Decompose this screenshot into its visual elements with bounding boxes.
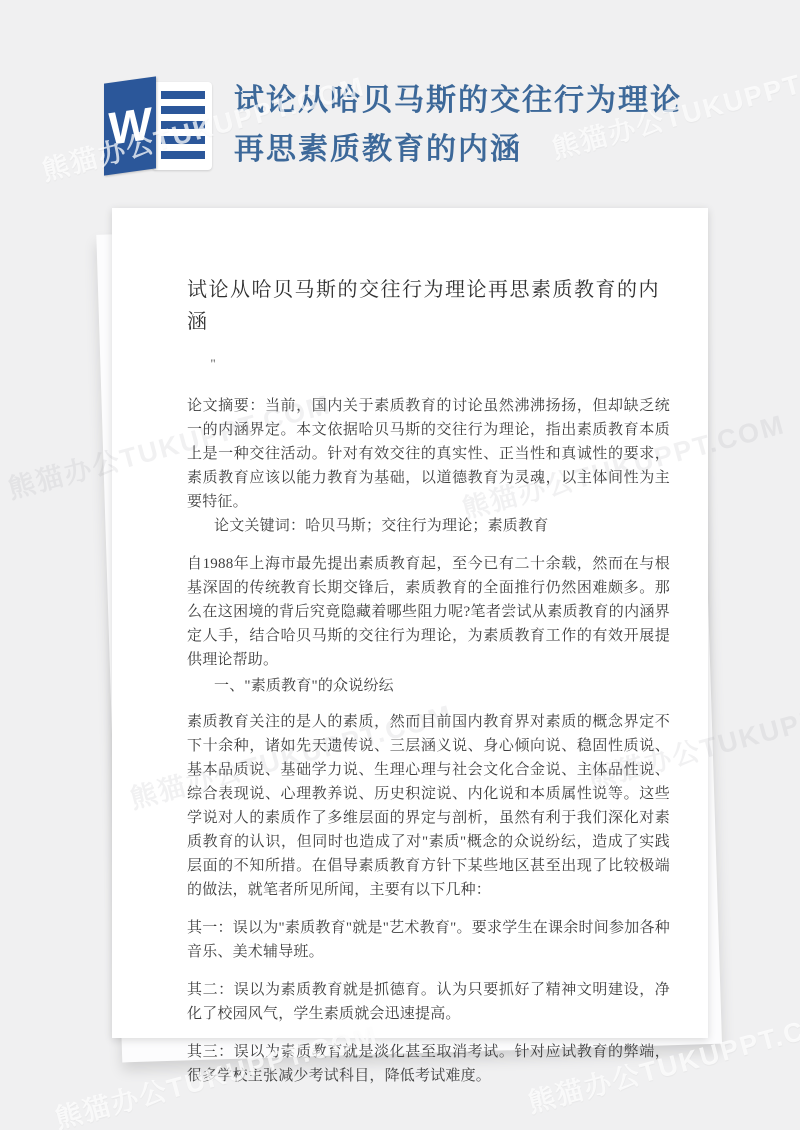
- document-page: 试论从哈贝马斯的交往行为理论再思素质教育的内涵 " 论文摘要：当前，国内关于素质…: [112, 208, 708, 1038]
- word-document-sheet: [152, 82, 212, 170]
- paragraph-item-3: 其三：误以为素质教育就是淡化甚至取消考试。针对应试教育的弊端，很多学校主张减少考…: [187, 1040, 670, 1088]
- word-text-lines: [161, 91, 205, 161]
- word-letter: W: [108, 100, 151, 152]
- paragraph-item-2: 其二：误以为素质教育就是抓德育。认为只要抓好了精神文明建设，净化了校园风气，学生…: [187, 978, 670, 1026]
- quote-mark: ": [187, 354, 670, 374]
- word-blue-panel: W: [104, 76, 156, 175]
- word-file-icon: W: [104, 72, 214, 178]
- paragraph-intro: 自1988年上海市最先提出素质教育起，至今已有二十余载，然而在与根基深固的传统教…: [187, 552, 670, 672]
- paragraph-item-1: 其一：误以为"素质教育"就是"艺术教育"。要求学生在课余时间参加各种音乐、美术辅…: [187, 916, 670, 964]
- paragraph-abstract: 论文摘要：当前，国内关于素质教育的讨论虽然沸沸扬扬，但却缺乏统一的内涵界定。本文…: [187, 394, 670, 514]
- paragraph-main: 素质教育关注的是人的素质，然而目前国内教育界对素质的概念界定不下十余种，诸如先天…: [187, 710, 670, 902]
- paragraph-keywords: 论文关键词：哈贝马斯；交往行为理论；素质教育: [187, 514, 670, 538]
- page-title: 试论从哈贝马斯的交往行为理论再思素质教育的内涵: [234, 72, 696, 174]
- section-heading: 一、"素质教育"的众说纷纭: [187, 674, 670, 698]
- document-title: 试论从哈贝马斯的交往行为理论再思素质教育的内涵: [187, 274, 670, 338]
- header: W 试论从哈贝马斯的交往行为理论再思素质教育的内涵: [104, 72, 696, 178]
